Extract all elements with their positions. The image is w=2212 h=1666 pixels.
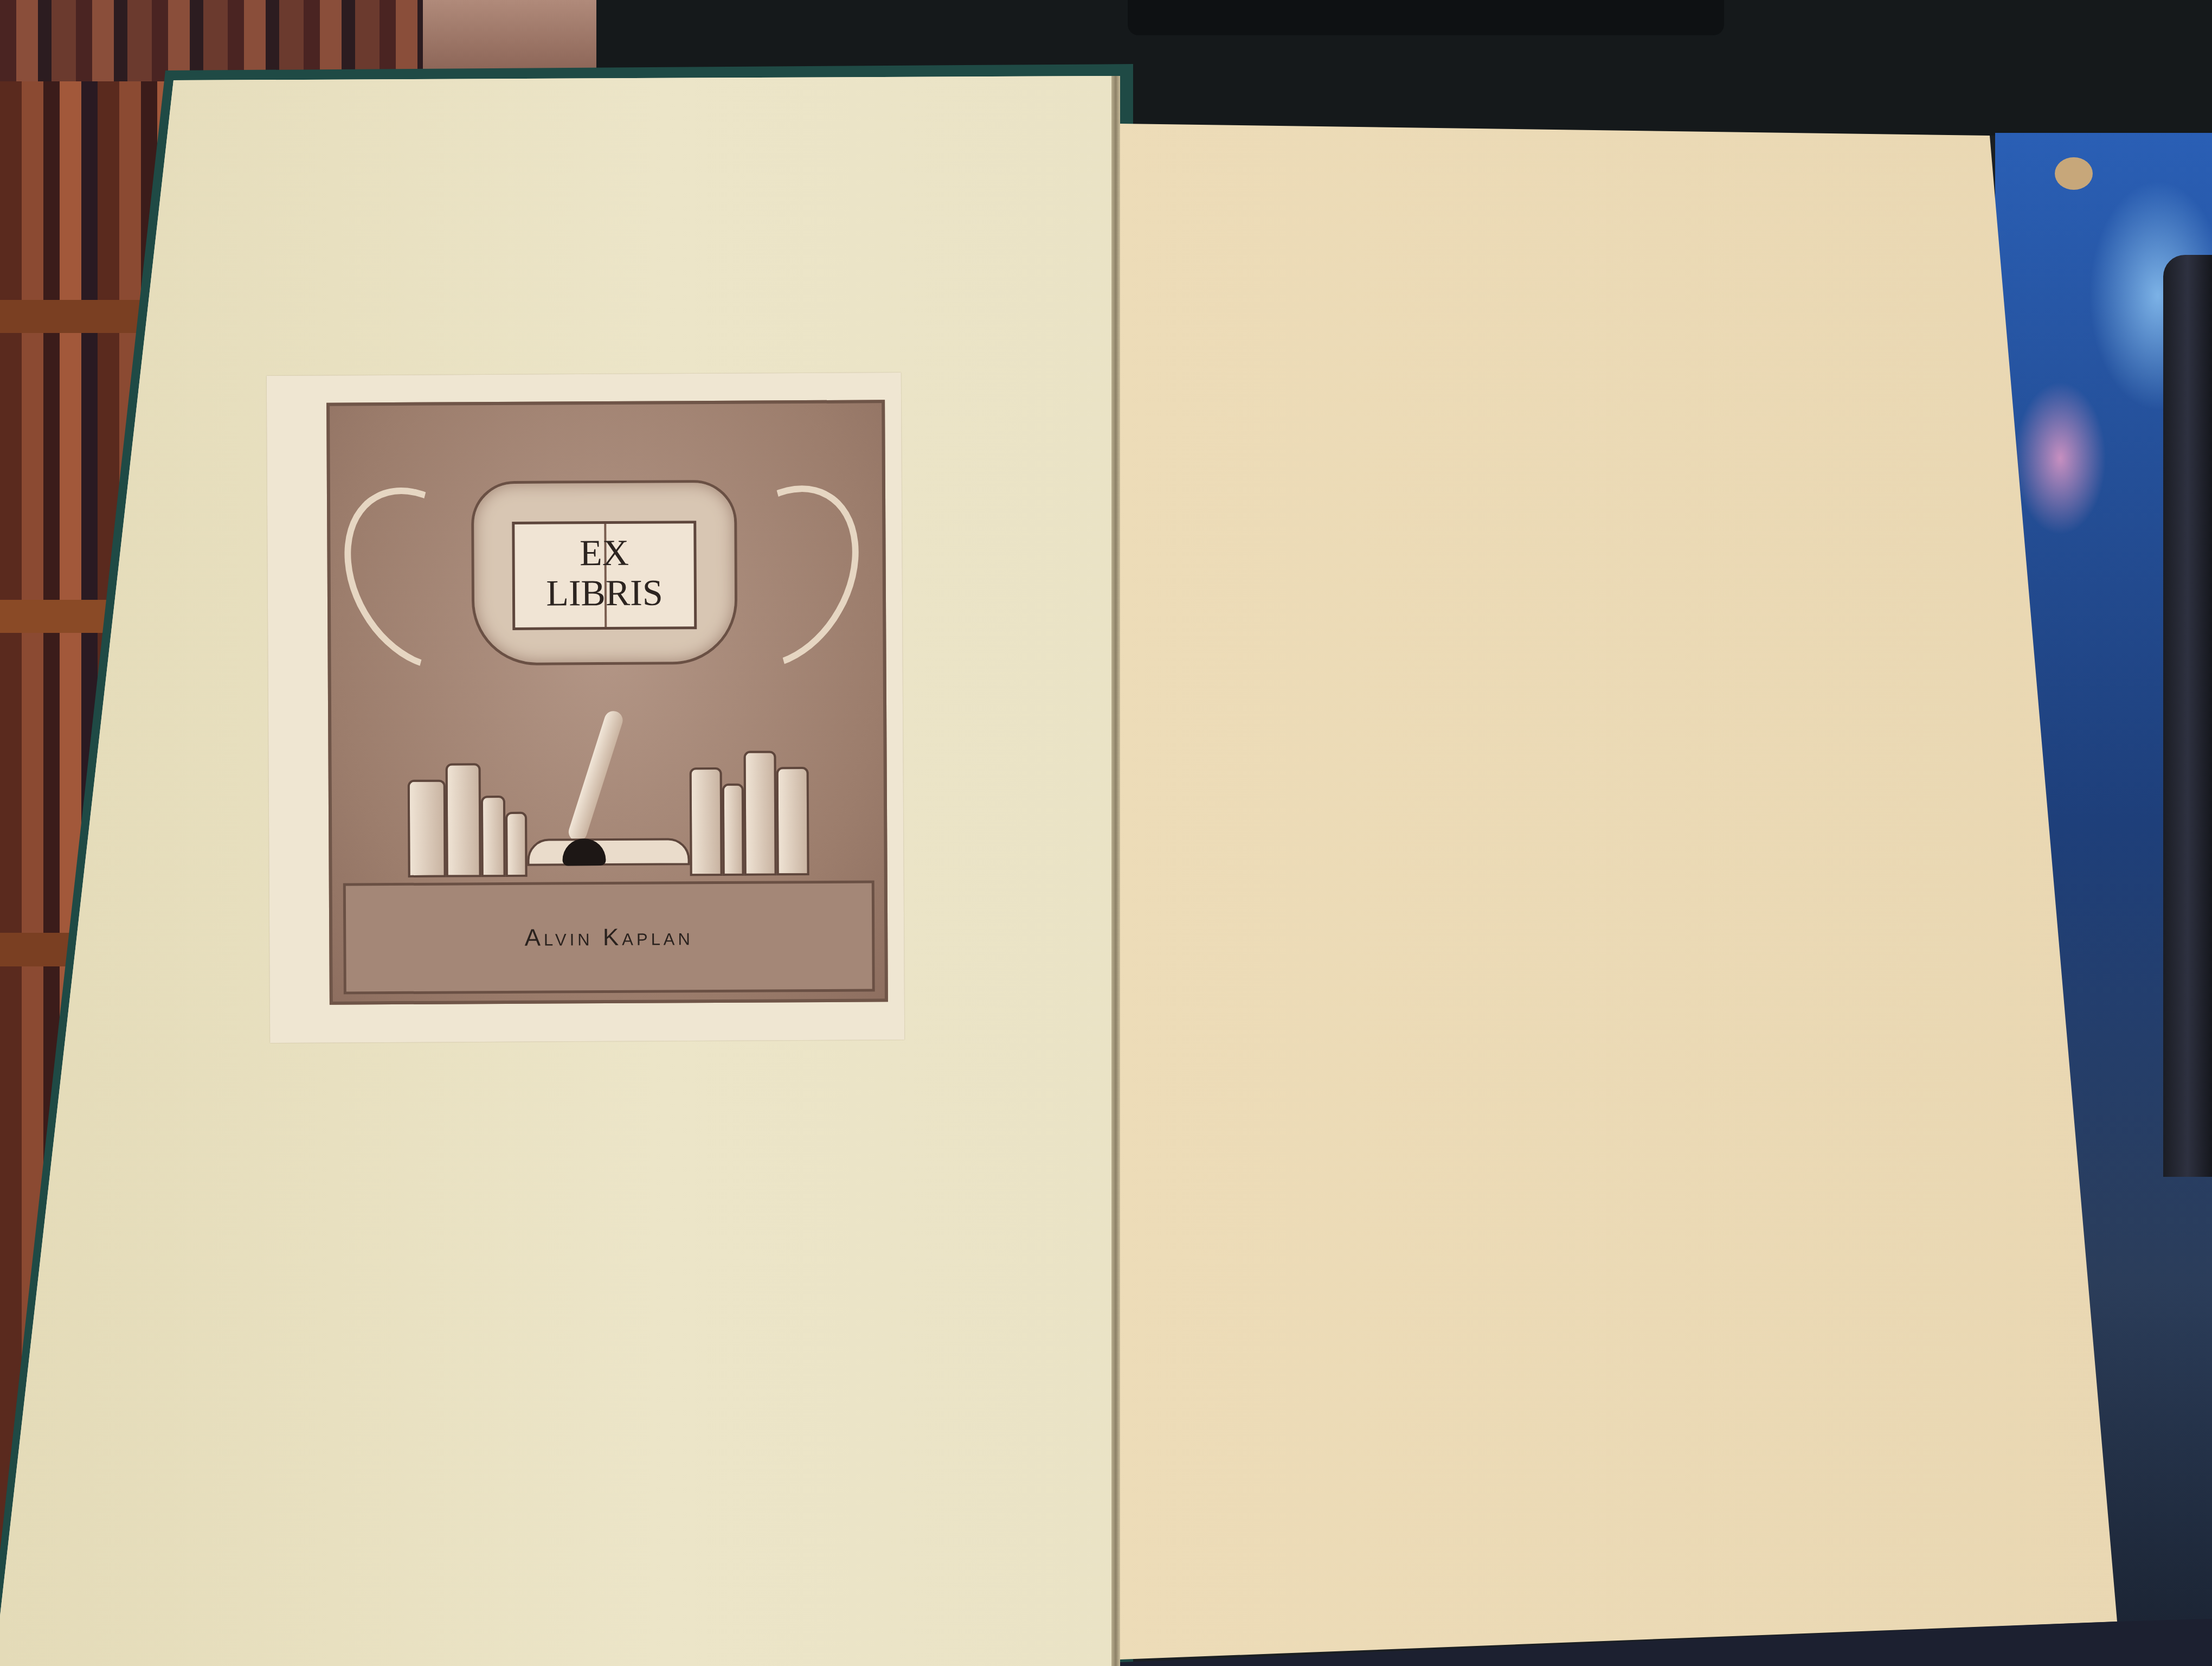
background-figure [423,0,607,76]
book-spine-icon [690,767,723,876]
background-dark-object [1128,0,1724,35]
exlibris-heading-line2: LIBRIS [515,573,694,612]
background-knob [2055,157,2093,190]
open-book-icon: EX LIBRIS [512,521,697,630]
book-spine-icon [481,796,506,877]
owner-name-panel: Alvin Kaplan [343,880,875,994]
book-spine-icon [505,812,528,877]
book-gutter [1111,76,1120,1666]
book-spine-icon [776,767,809,875]
exlibris-heading-line1: EX [515,533,693,572]
book-spine-icon [408,780,446,877]
book-spine-icon [743,751,776,875]
book-spine-icon [446,763,481,877]
open-book-on-shelf-icon [527,838,690,866]
crest-cartouche: EX LIBRIS [471,480,738,666]
background-dark-figure [2163,255,2212,1177]
owner-name: Alvin Kaplan [525,924,693,952]
bookplate: EX LIBRIS Alvin Kaplan [326,400,888,1004]
book-spine-icon [722,784,744,876]
